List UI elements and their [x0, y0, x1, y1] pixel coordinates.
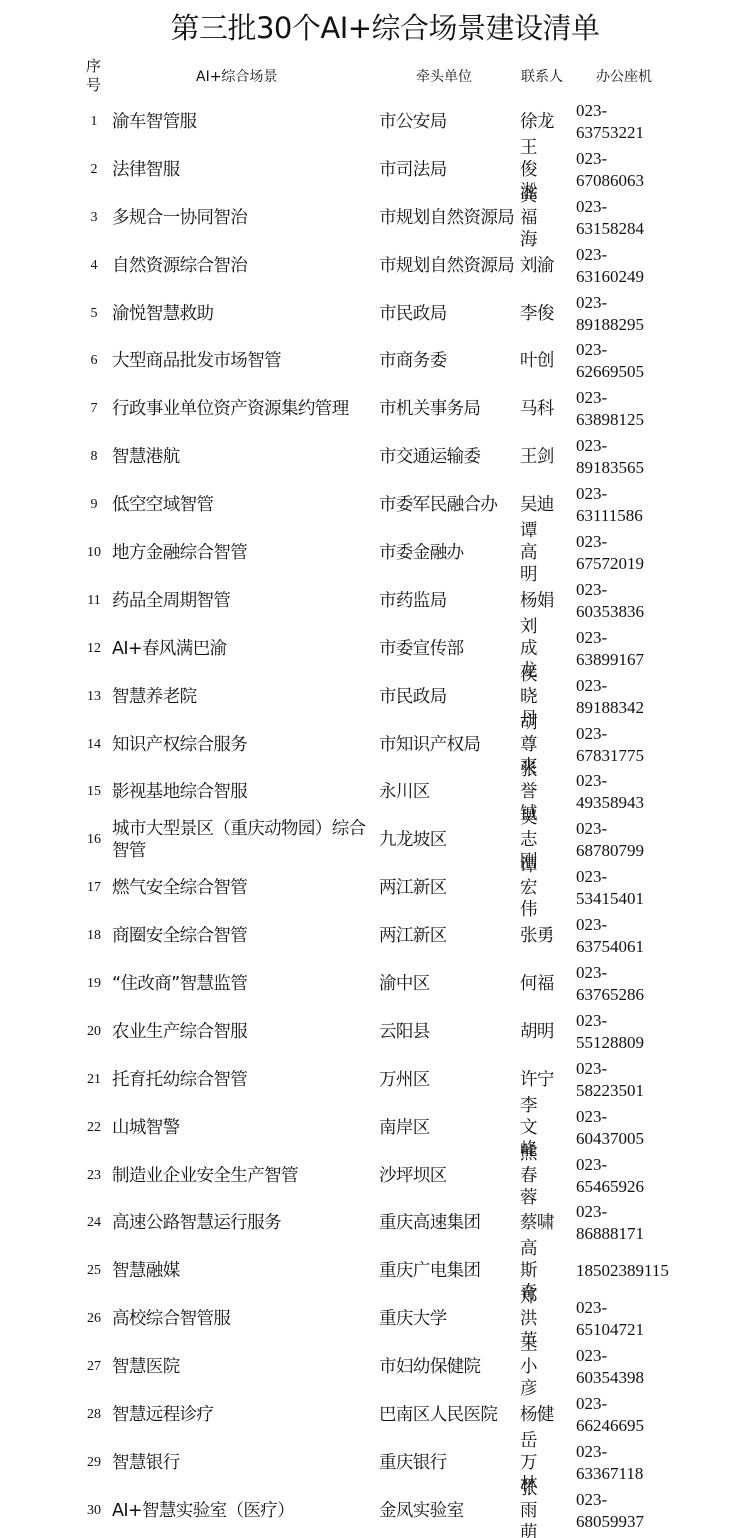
scene-text: 智慧远程诊疗 — [112, 1404, 213, 1426]
no-text: 12 — [87, 641, 101, 657]
scene-name: 商圈安全综合智管 — [112, 912, 380, 960]
scene-name: 山城智警 — [112, 1104, 380, 1152]
phone-text: 023-63753221 — [576, 100, 644, 144]
no-text: 29 — [87, 1455, 101, 1471]
row-number: 8 — [80, 433, 108, 481]
unit-text: 市商务委 — [379, 350, 447, 372]
scene-name: AI+春风满巴渝 — [112, 625, 380, 673]
scene-name: 多规合一协同智治 — [112, 194, 380, 242]
table-row: 1 渝车智管服 市公安局 徐龙 023-63753221 — [0, 98, 750, 146]
contact-person: 何福 — [520, 960, 574, 1008]
office-phone: 18502389115 — [576, 1247, 746, 1295]
table-row: 5 渝悦智慧救助 市民政局 李俊 023-89188295 — [0, 290, 750, 338]
contact-person: 谭宏伟 — [520, 864, 574, 912]
phone-text: 023-63367118 — [576, 1441, 643, 1485]
scene-text: 高速公路智慧运行服务 — [112, 1212, 281, 1234]
scene-name: 影视基地综合智服 — [112, 768, 380, 816]
row-number: 16 — [80, 816, 108, 864]
contact-person: 王剑 — [520, 433, 574, 481]
row-number: 17 — [80, 864, 108, 912]
table-row: 23 制造业企业安全生产智管 沙坪坝区 熊春蓉 023-65465926 — [0, 1152, 750, 1200]
office-phone: 023-89188342 — [576, 673, 746, 721]
scene-text: 大型商品批发市场智管 — [112, 350, 281, 372]
phone-text: 023-63111586 — [576, 483, 643, 527]
unit-text: 市委军民融合办 — [379, 494, 497, 516]
office-phone: 023-63898125 — [576, 385, 746, 433]
row-number: 14 — [80, 721, 108, 769]
scene-text: 药品全周期智管 — [112, 590, 230, 612]
contact-text: 徐龙 — [520, 111, 554, 133]
office-phone: 023-49358943 — [576, 768, 746, 816]
no-text: 1 — [91, 114, 98, 130]
office-phone: 023-63111586 — [576, 481, 746, 529]
table-row: 14 知识产权综合服务 市知识产权局 胡尊爽 023-67831775 — [0, 721, 750, 769]
no-text: 26 — [87, 1311, 101, 1327]
scene-text: 农业生产综合智服 — [112, 1021, 247, 1043]
scene-name: 智慧养老院 — [112, 673, 380, 721]
contact-person: 马科 — [520, 385, 574, 433]
phone-text: 023-53415401 — [576, 866, 644, 910]
lead-unit: 巴南区人民医院 — [379, 1391, 521, 1439]
unit-text: 市药监局 — [379, 590, 447, 612]
scene-name: 大型商品批发市场智管 — [112, 337, 380, 385]
contact-text: 蔡啸 — [520, 1212, 554, 1234]
lead-unit: 渝中区 — [379, 960, 521, 1008]
contact-person: 刘渝 — [520, 242, 574, 290]
no-text: 25 — [87, 1263, 101, 1279]
phone-text: 023-63160249 — [576, 244, 644, 288]
contact-person: 谭高明 — [520, 529, 574, 577]
table-row: 27 智慧医院 市妇幼保健院 王小彦 023-60354398 — [0, 1343, 750, 1391]
row-number: 3 — [80, 194, 108, 242]
table-row: 7 行政事业单位资产资源集约管理 市机关事务局 马科 023-63898125 — [0, 385, 750, 433]
phone-text: 023-68780799 — [576, 818, 644, 862]
lead-unit: 市司法局 — [379, 146, 521, 194]
contact-person: 王小彦 — [520, 1343, 574, 1391]
scene-text: “住改商”智慧监管 — [112, 973, 247, 995]
no-text: 2 — [91, 162, 98, 178]
scene-text: 托育托幼综合智管 — [112, 1069, 247, 1091]
phone-text: 023-89188295 — [576, 292, 644, 336]
phone-text: 023-67086063 — [576, 148, 644, 192]
unit-text: 市委宣传部 — [379, 638, 464, 660]
contact-text: 吴迪 — [520, 494, 554, 516]
no-text: 18 — [87, 928, 101, 944]
unit-text: 两江新区 — [379, 877, 447, 899]
scene-text: 高校综合智管服 — [112, 1308, 230, 1330]
lead-unit: 九龙坡区 — [379, 816, 521, 864]
scene-text: 影视基地综合智服 — [112, 781, 247, 803]
row-number: 4 — [80, 242, 108, 290]
phone-text: 023-89183565 — [576, 435, 644, 479]
no-text: 20 — [87, 1024, 101, 1040]
lead-unit: 重庆广电集团 — [379, 1247, 521, 1295]
table-row: 24 高速公路智慧运行服务 重庆高速集团 蔡啸 023-86888171 — [0, 1199, 750, 1247]
table-row: 19 “住改商”智慧监管 渝中区 何福 023-63765286 — [0, 960, 750, 1008]
header-scene: AI+综合场景 — [196, 66, 277, 86]
lead-unit: 市民政局 — [379, 290, 521, 338]
office-phone: 023-86888171 — [576, 1199, 746, 1247]
table-row: 10 地方金融综合智管 市委金融办 谭高明 023-67572019 — [0, 529, 750, 577]
scene-name: 智慧医院 — [112, 1343, 380, 1391]
no-text: 10 — [87, 545, 101, 561]
unit-text: 市机关事务局 — [379, 398, 480, 420]
phone-text: 023-67572019 — [576, 531, 644, 575]
header-no: 序号 — [86, 57, 104, 95]
scene-text: 地方金融综合智管 — [112, 542, 247, 564]
scene-text: 法律智服 — [112, 159, 180, 181]
unit-text: 万州区 — [379, 1069, 430, 1091]
phone-text: 023-60354398 — [576, 1345, 644, 1389]
contact-text: 张勇 — [520, 925, 554, 947]
row-number: 22 — [80, 1104, 108, 1152]
scene-name: 智慧融媒 — [112, 1247, 380, 1295]
no-text: 11 — [87, 593, 100, 609]
contact-person: 张雨萌 — [520, 1487, 574, 1535]
unit-text: 市知识产权局 — [379, 734, 480, 756]
no-text: 4 — [91, 258, 98, 274]
scene-text: 行政事业单位资产资源集约管理 — [112, 398, 349, 420]
no-text: 9 — [91, 497, 98, 513]
office-phone: 023-63899167 — [576, 625, 746, 673]
unit-text: 市规划自然资源局 — [379, 255, 514, 277]
no-text: 24 — [87, 1215, 101, 1231]
scene-text: AI+智慧实验室（医疗） — [112, 1500, 294, 1522]
unit-text: 市司法局 — [379, 159, 447, 181]
office-phone: 023-65104721 — [576, 1295, 746, 1343]
phone-text: 023-65465926 — [576, 1154, 644, 1198]
lead-unit: 万州区 — [379, 1056, 521, 1104]
table-row: 26 高校综合智管服 重庆大学 郑洪英 023-65104721 — [0, 1295, 750, 1343]
scene-name: AI+智慧实验室（医疗） — [112, 1487, 380, 1535]
contact-text: 何福 — [520, 973, 554, 995]
unit-text: 永川区 — [379, 781, 430, 803]
scene-text: 渝悦智慧救助 — [112, 303, 213, 325]
unit-text: 重庆高速集团 — [379, 1212, 480, 1234]
phone-text: 023-89188342 — [576, 675, 644, 719]
scene-name: 智慧银行 — [112, 1439, 380, 1487]
scene-text: 自然资源综合智治 — [112, 255, 247, 277]
office-phone: 023-89188295 — [576, 290, 746, 338]
table-body: 1 渝车智管服 市公安局 徐龙 023-63753221 2 法律智服 市司法局… — [0, 98, 750, 1535]
contact-person: 张勇 — [520, 912, 574, 960]
no-text: 27 — [87, 1359, 101, 1375]
lead-unit: 市药监局 — [379, 577, 521, 625]
table-row: 25 智慧融媒 重庆广电集团 高斯奇 18502389115 — [0, 1247, 750, 1295]
office-phone: 023-63160249 — [576, 242, 746, 290]
row-number: 25 — [80, 1247, 108, 1295]
row-number: 30 — [80, 1487, 108, 1535]
scene-name: “住改商”智慧监管 — [112, 960, 380, 1008]
phone-text: 023-65104721 — [576, 1297, 644, 1341]
office-phone: 023-67831775 — [576, 721, 746, 769]
unit-text: 云阳县 — [379, 1021, 430, 1043]
scene-name: 农业生产综合智服 — [112, 1008, 380, 1056]
scene-name: 地方金融综合智管 — [112, 529, 380, 577]
header-unit: 牵头单位 — [416, 66, 472, 86]
unit-text: 市交通运输委 — [379, 446, 480, 468]
scene-text: 智慧港航 — [112, 446, 180, 468]
table-row: 28 智慧远程诊疗 巴南区人民医院 杨健 023-66246695 — [0, 1391, 750, 1439]
no-text: 5 — [91, 306, 98, 322]
no-text: 3 — [91, 210, 98, 226]
lead-unit: 市公安局 — [379, 98, 521, 146]
no-text: 7 — [91, 401, 98, 417]
table-row: 2 法律智服 市司法局 王俊淞 023-67086063 — [0, 146, 750, 194]
lead-unit: 市委宣传部 — [379, 625, 521, 673]
table-row: 30 AI+智慧实验室（医疗） 金凤实验室 张雨萌 023-68059937 — [0, 1487, 750, 1535]
office-phone: 023-63754061 — [576, 912, 746, 960]
table-row: 15 影视基地综合智服 永川区 张誉铖 023-49358943 — [0, 768, 750, 816]
lead-unit: 市知识产权局 — [379, 721, 521, 769]
office-phone: 023-63765286 — [576, 960, 746, 1008]
scene-text: 知识产权综合服务 — [112, 734, 247, 756]
lead-unit: 永川区 — [379, 768, 521, 816]
phone-text: 023-60353836 — [576, 579, 644, 623]
row-number: 9 — [80, 481, 108, 529]
unit-text: 南岸区 — [379, 1117, 430, 1139]
unit-text: 巴南区人民医院 — [379, 1404, 497, 1426]
scene-name: 知识产权综合服务 — [112, 721, 380, 769]
no-text: 16 — [87, 832, 101, 848]
table-header: 序号 AI+综合场景 牵头单位 联系人 办公座机 — [0, 54, 750, 98]
lead-unit: 重庆大学 — [379, 1295, 521, 1343]
row-number: 6 — [80, 337, 108, 385]
phone-text: 023-58223501 — [576, 1058, 644, 1102]
unit-text: 沙坪坝区 — [379, 1165, 447, 1187]
row-number: 26 — [80, 1295, 108, 1343]
row-number: 5 — [80, 290, 108, 338]
scene-name: 燃气安全综合智管 — [112, 864, 380, 912]
scene-name: 高速公路智慧运行服务 — [112, 1199, 380, 1247]
phone-text: 18502389115 — [576, 1260, 669, 1282]
table-row: 21 托育托幼综合智管 万州区 许宁 023-58223501 — [0, 1056, 750, 1104]
table-row: 29 智慧银行 重庆银行 岳万林 023-63367118 — [0, 1439, 750, 1487]
row-number: 11 — [80, 577, 108, 625]
no-text: 6 — [91, 353, 98, 369]
office-phone: 023-62669505 — [576, 337, 746, 385]
contact-text: 马科 — [520, 398, 554, 420]
table-row: 8 智慧港航 市交通运输委 王剑 023-89183565 — [0, 433, 750, 481]
contact-text: 许宁 — [520, 1069, 554, 1091]
office-phone: 023-89183565 — [576, 433, 746, 481]
contact-person: 叶创 — [520, 337, 574, 385]
lead-unit: 市交通运输委 — [379, 433, 521, 481]
no-text: 17 — [87, 880, 101, 896]
scene-name: 智慧港航 — [112, 433, 380, 481]
scene-text: 智慧融媒 — [112, 1260, 180, 1282]
page-title: 第三批30个AI+综合场景建设清单 — [0, 6, 750, 47]
header-contact: 联系人 — [521, 66, 563, 86]
office-phone: 023-65465926 — [576, 1152, 746, 1200]
contact-person: 胡明 — [520, 1008, 574, 1056]
scene-name: 药品全周期智管 — [112, 577, 380, 625]
unit-text: 市妇幼保健院 — [379, 1356, 480, 1378]
phone-text: 023-63898125 — [576, 387, 644, 431]
contact-text: 张雨萌 — [520, 1478, 574, 1538]
scene-text: 智慧养老院 — [112, 686, 197, 708]
table-row: 11 药品全周期智管 市药监局 杨娟 023-60353836 — [0, 577, 750, 625]
no-text: 30 — [87, 1503, 101, 1519]
no-text: 28 — [87, 1407, 101, 1423]
scene-name: 城市大型景区（重庆动物园）综合智管 — [112, 816, 380, 864]
phone-text: 023-55128809 — [576, 1010, 644, 1054]
lead-unit: 市规划自然资源局 — [379, 194, 521, 242]
contact-text: 李俊 — [520, 303, 554, 325]
office-phone: 023-60353836 — [576, 577, 746, 625]
contact-text: 杨娟 — [520, 590, 554, 612]
table-row: 9 低空空域智管 市委军民融合办 吴迪 023-63111586 — [0, 481, 750, 529]
unit-text: 市民政局 — [379, 686, 447, 708]
header-phone: 办公座机 — [596, 66, 652, 86]
lead-unit: 重庆银行 — [379, 1439, 521, 1487]
scene-name: 托育托幼综合智管 — [112, 1056, 380, 1104]
row-number: 27 — [80, 1343, 108, 1391]
no-text: 13 — [87, 689, 101, 705]
row-number: 1 — [80, 98, 108, 146]
unit-text: 重庆大学 — [379, 1308, 447, 1330]
unit-text: 重庆银行 — [379, 1452, 447, 1474]
scene-text: 渝车智管服 — [112, 111, 197, 133]
scene-text: 制造业企业安全生产智管 — [112, 1165, 298, 1187]
office-phone: 023-53415401 — [576, 864, 746, 912]
row-number: 29 — [80, 1439, 108, 1487]
scene-name: 高校综合智管服 — [112, 1295, 380, 1343]
phone-text: 023-63158284 — [576, 196, 644, 240]
scene-text: 燃气安全综合智管 — [112, 877, 247, 899]
scene-text: 低空空域智管 — [112, 494, 213, 516]
row-number: 2 — [80, 146, 108, 194]
unit-text: 金凤实验室 — [379, 1500, 464, 1522]
no-text: 8 — [91, 449, 98, 465]
contact-text: 杨健 — [520, 1404, 554, 1426]
scene-text: 多规合一协同智治 — [112, 207, 247, 229]
table-row: 16 城市大型景区（重庆动物园）综合智管 九龙坡区 吴志刚 023-687807… — [0, 816, 750, 864]
phone-text: 023-62669505 — [576, 339, 644, 383]
contact-person: 龚福海 — [520, 194, 574, 242]
lead-unit: 市民政局 — [379, 673, 521, 721]
table-row: 20 农业生产综合智服 云阳县 胡明 023-55128809 — [0, 1008, 750, 1056]
scene-name: 自然资源综合智治 — [112, 242, 380, 290]
unit-text: 市委金融办 — [379, 542, 464, 564]
lead-unit: 两江新区 — [379, 864, 521, 912]
phone-text: 023-63765286 — [576, 962, 644, 1006]
no-text: 21 — [87, 1072, 101, 1088]
phone-text: 023-67831775 — [576, 723, 644, 767]
unit-text: 渝中区 — [379, 973, 430, 995]
row-number: 10 — [80, 529, 108, 577]
contact-text: 王剑 — [520, 446, 554, 468]
row-number: 19 — [80, 960, 108, 1008]
lead-unit: 市委军民融合办 — [379, 481, 521, 529]
row-number: 23 — [80, 1152, 108, 1200]
office-phone: 023-60354398 — [576, 1343, 746, 1391]
lead-unit: 市规划自然资源局 — [379, 242, 521, 290]
office-phone: 023-60437005 — [576, 1104, 746, 1152]
scene-text: AI+春风满巴渝 — [112, 638, 227, 660]
table-row: 12 AI+春风满巴渝 市委宣传部 刘成龙 023-63899167 — [0, 625, 750, 673]
office-phone: 023-63367118 — [576, 1439, 746, 1487]
contact-person: 李俊 — [520, 290, 574, 338]
row-number: 24 — [80, 1199, 108, 1247]
office-phone: 023-68780799 — [576, 816, 746, 864]
scene-text: 智慧医院 — [112, 1356, 180, 1378]
scene-text: 智慧银行 — [112, 1452, 180, 1474]
no-text: 19 — [87, 976, 101, 992]
scene-text: 山城智警 — [112, 1117, 180, 1139]
lead-unit: 重庆高速集团 — [379, 1199, 521, 1247]
unit-text: 重庆广电集团 — [379, 1260, 480, 1282]
row-number: 12 — [80, 625, 108, 673]
unit-text: 九龙坡区 — [379, 829, 447, 851]
table-row: 6 大型商品批发市场智管 市商务委 叶创 023-62669505 — [0, 337, 750, 385]
unit-text: 市规划自然资源局 — [379, 207, 514, 229]
scene-name: 行政事业单位资产资源集约管理 — [112, 385, 380, 433]
row-number: 28 — [80, 1391, 108, 1439]
scene-name: 智慧远程诊疗 — [112, 1391, 380, 1439]
scene-name: 制造业企业安全生产智管 — [112, 1152, 380, 1200]
table-row: 17 燃气安全综合智管 两江新区 谭宏伟 023-53415401 — [0, 864, 750, 912]
phone-text: 023-63754061 — [576, 914, 644, 958]
lead-unit: 云阳县 — [379, 1008, 521, 1056]
unit-text: 市公安局 — [379, 111, 447, 133]
no-text: 23 — [87, 1168, 101, 1184]
row-number: 15 — [80, 768, 108, 816]
phone-text: 023-49358943 — [576, 770, 644, 814]
phone-text: 023-63899167 — [576, 627, 644, 671]
table-row: 3 多规合一协同智治 市规划自然资源局 龚福海 023-63158284 — [0, 194, 750, 242]
scene-text: 商圈安全综合智管 — [112, 925, 247, 947]
phone-text: 023-66246695 — [576, 1393, 644, 1437]
lead-unit: 市委金融办 — [379, 529, 521, 577]
scene-name: 低空空域智管 — [112, 481, 380, 529]
scene-name: 渝车智管服 — [112, 98, 380, 146]
table-row: 13 智慧养老院 市民政局 侯晓丹 023-89188342 — [0, 673, 750, 721]
contact-text: 刘渝 — [520, 255, 554, 277]
unit-text: 两江新区 — [379, 925, 447, 947]
scene-name: 法律智服 — [112, 146, 380, 194]
row-number: 20 — [80, 1008, 108, 1056]
row-number: 13 — [80, 673, 108, 721]
lead-unit: 南岸区 — [379, 1104, 521, 1152]
lead-unit: 沙坪坝区 — [379, 1152, 521, 1200]
no-text: 22 — [87, 1120, 101, 1136]
scene-name: 渝悦智慧救助 — [112, 290, 380, 338]
no-text: 15 — [87, 784, 101, 800]
row-number: 21 — [80, 1056, 108, 1104]
office-phone: 023-58223501 — [576, 1056, 746, 1104]
no-text: 14 — [87, 737, 101, 753]
office-phone: 023-67086063 — [576, 146, 746, 194]
lead-unit: 金凤实验室 — [379, 1487, 521, 1535]
office-phone: 023-55128809 — [576, 1008, 746, 1056]
lead-unit: 两江新区 — [379, 912, 521, 960]
lead-unit: 市商务委 — [379, 337, 521, 385]
table-row: 4 自然资源综合智治 市规划自然资源局 刘渝 023-63160249 — [0, 242, 750, 290]
office-phone: 023-63158284 — [576, 194, 746, 242]
office-phone: 023-63753221 — [576, 98, 746, 146]
scene-text: 城市大型景区（重庆动物园）综合智管 — [112, 818, 380, 862]
contact-text: 叶创 — [520, 350, 554, 372]
row-number: 18 — [80, 912, 108, 960]
lead-unit: 市妇幼保健院 — [379, 1343, 521, 1391]
table-row: 22 山城智警 南岸区 李文峰 023-60437005 — [0, 1104, 750, 1152]
lead-unit: 市机关事务局 — [379, 385, 521, 433]
row-number: 7 — [80, 385, 108, 433]
unit-text: 市民政局 — [379, 303, 447, 325]
contact-text: 胡明 — [520, 1021, 554, 1043]
office-phone: 023-67572019 — [576, 529, 746, 577]
